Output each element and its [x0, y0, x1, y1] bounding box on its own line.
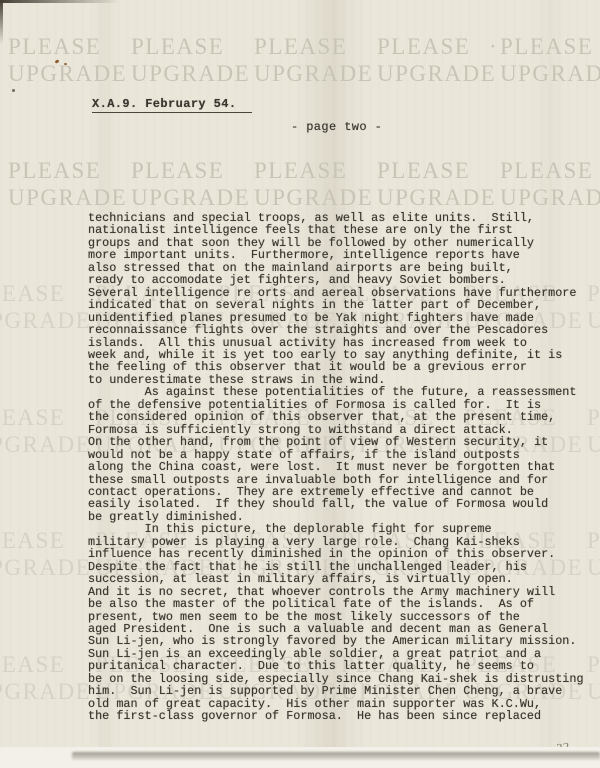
paper-bottom-shadow	[72, 752, 600, 760]
watermark-upgrade-text: UPGRADE	[377, 184, 496, 211]
watermark-tile: PLEASEUPGRADE	[0, 404, 91, 458]
watermark-tile: PLEASEUPGRADE	[0, 280, 91, 334]
watermark-upgrade-text: UPGRADE	[587, 431, 600, 458]
watermark-tile: PLEASEUPGRADE	[8, 33, 127, 87]
watermark-please-text: PLEASE	[377, 33, 496, 60]
watermark-please-text: PLEASE	[0, 527, 91, 554]
watermark-upgrade-text: UPGRADE	[587, 307, 600, 334]
watermark-please-text: PLEASE	[377, 157, 496, 184]
watermark-tile: PLEASEUPGRADE	[254, 33, 373, 87]
watermark-upgrade-text: UPGRADE	[254, 184, 373, 211]
watermark-upgrade-text: UPGRADE	[131, 60, 250, 87]
watermark-tile: PLEASEUPGRADE	[131, 33, 250, 87]
watermark-tile: PLEASEUPGRADE	[587, 280, 600, 334]
watermark-upgrade-text: UPGRADE	[8, 60, 127, 87]
watermark-tile: PLEASEUPGRADE	[587, 404, 600, 458]
watermark-upgrade-text: UPGRADE	[131, 184, 250, 211]
watermark-please-text: PLEASE	[131, 33, 250, 60]
watermark-please-text: PLEASE	[8, 157, 127, 184]
page-label: - page two -	[291, 120, 382, 134]
paper-stain	[55, 59, 60, 64]
watermark-upgrade-text: UPGRADE	[0, 554, 91, 581]
watermark-upgrade-text: UPGRADE	[254, 60, 373, 87]
document-body-text: technicians and special troops, as well …	[88, 212, 584, 723]
scan-edge-left	[0, 0, 3, 44]
watermark-tile: PLEASEUPGRADE	[254, 157, 373, 211]
watermark-please-text: PLEASE	[587, 404, 600, 431]
scanned-document-page: PLEASEUPGRADEPLEASEUPGRADEPLEASEUPGRADEP…	[0, 0, 600, 768]
watermark-please-text: PLEASE	[8, 33, 127, 60]
scan-edge-top	[0, 0, 120, 3]
watermark-please-text: PLEASE	[254, 157, 373, 184]
watermark-upgrade-text: UPGRADE	[0, 307, 91, 334]
watermark-upgrade-text: UPGRADE	[587, 678, 600, 705]
watermark-please-text: PLEASE	[500, 157, 600, 184]
watermark-upgrade-text: UPGRADE	[377, 60, 496, 87]
watermark-dot: ·	[489, 33, 497, 60]
watermark-upgrade-text: UPGRADE	[8, 184, 127, 211]
watermark-please-text: PLEASE	[587, 651, 600, 678]
paper-stain	[64, 63, 67, 65]
watermark-tile: PLEASEUPGRADE	[587, 527, 600, 581]
watermark-tile: PLEASEUPGRADE	[0, 527, 91, 581]
watermark-please-text: PLEASE	[131, 157, 250, 184]
watermark-upgrade-text: UPGRADE	[0, 678, 91, 705]
watermark-upgrade-text: UPGRADE	[500, 60, 600, 87]
watermark-please-text: PLEASE	[500, 33, 600, 60]
watermark-tile: PLEASEUPGRADE	[377, 157, 496, 211]
paper-stain	[12, 89, 15, 92]
watermark-upgrade-text: UPGRADE	[500, 184, 600, 211]
watermark-tile: PLEASEUPGRADE	[8, 157, 127, 211]
watermark-please-text: PLEASE	[0, 651, 91, 678]
watermark-tile: PLEASEUPGRADE	[0, 651, 91, 705]
watermark-tile: PLEASEUPGRADE	[377, 33, 496, 87]
watermark-tile: PLEASEUPGRADE	[587, 651, 600, 705]
watermark-tile: PLEASEUPGRADE	[500, 33, 600, 87]
watermark-upgrade-text: UPGRADE	[587, 554, 600, 581]
watermark-please-text: PLEASE	[587, 527, 600, 554]
watermark-tile: PLEASEUPGRADE	[131, 157, 250, 211]
watermark-upgrade-text: UPGRADE	[0, 431, 91, 458]
watermark-please-text: PLEASE	[587, 280, 600, 307]
watermark-please-text: PLEASE	[0, 280, 91, 307]
watermark-tile: PLEASEUPGRADE	[500, 157, 600, 211]
document-reference-heading: X.A.9. February 54.	[92, 97, 252, 113]
watermark-please-text: PLEASE	[0, 404, 91, 431]
watermark-please-text: PLEASE	[254, 33, 373, 60]
